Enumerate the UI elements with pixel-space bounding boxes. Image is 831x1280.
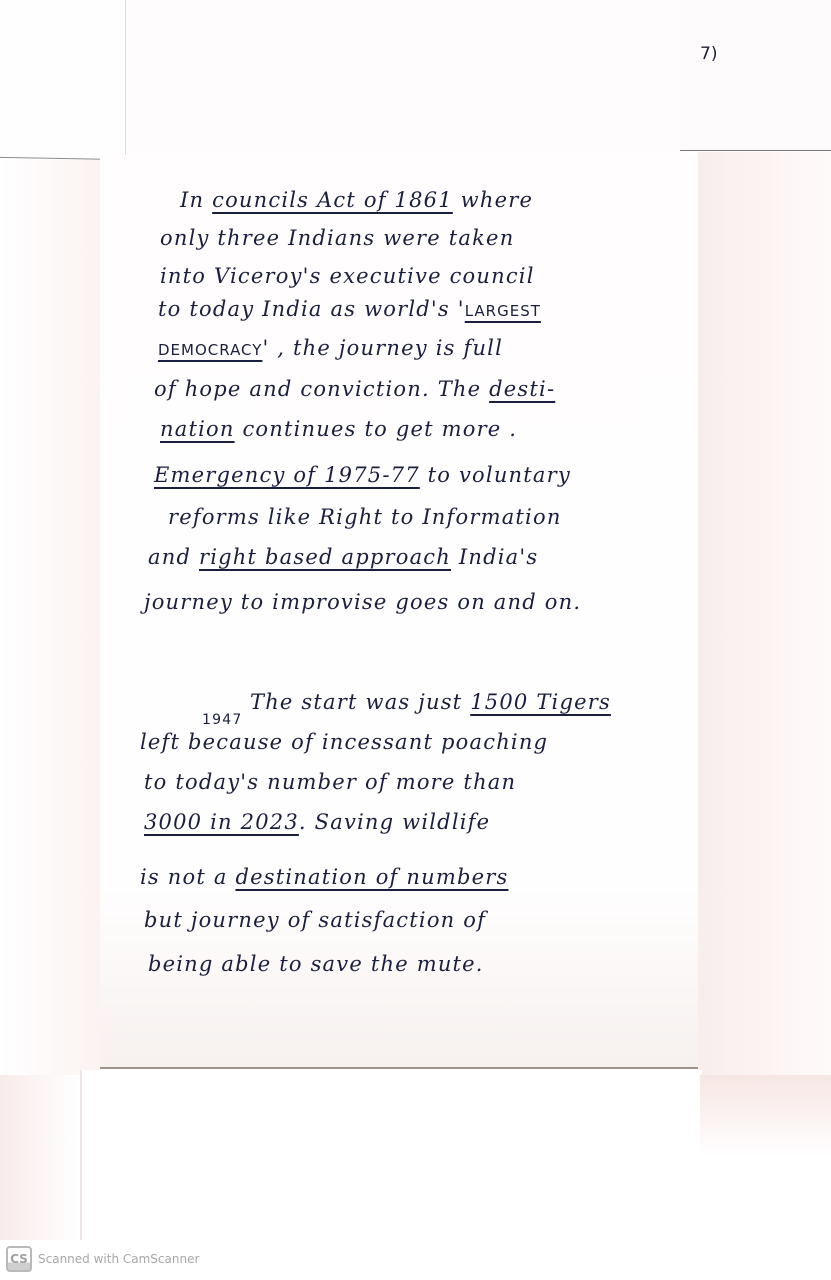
handwritten-line: but journey of satisfaction of: [144, 908, 486, 932]
paper-fold-top-left: [0, 0, 125, 160]
inserted-annotation: 1947: [202, 712, 242, 728]
handwritten-line: Emergency of 1975-77 to voluntary: [154, 463, 571, 487]
handwritten-line: is not a destination of numbers: [140, 865, 508, 889]
underlined-phrase: DEMOCRACY: [158, 341, 262, 359]
handwritten-line: 3000 in 2023. Saving wildlife: [144, 810, 490, 834]
underlined-phrase: nation: [160, 417, 235, 441]
paper-fold-bottom: [80, 1070, 702, 1240]
handwritten-line: nation continues to get more .: [160, 417, 517, 441]
text-segment: being able to save the mute.: [148, 952, 484, 976]
paper-fold-right: [698, 152, 831, 1082]
handwritten-line: and right based approach India's: [148, 545, 538, 569]
paper-fold-left: [0, 160, 100, 1075]
camscanner-watermark: CS Scanned with CamScanner: [6, 1246, 199, 1272]
paper-fold-top-right: [680, 0, 831, 151]
underlined-phrase: right based approach: [199, 545, 451, 569]
underlined-phrase: Emergency of 1975-77: [154, 463, 420, 487]
underlined-phrase: 3000 in 2023: [144, 810, 299, 834]
text-segment: . Saving wildlife: [299, 810, 490, 834]
text-segment: to today India as world's ': [158, 297, 465, 321]
text-segment: ' , the journey is full: [262, 336, 503, 360]
text-segment: The start was just: [250, 690, 470, 714]
text-segment: is not a: [140, 865, 235, 889]
handwritten-line: left because of incessant poaching: [140, 730, 548, 754]
text-segment: to today's number of more than: [144, 770, 516, 794]
handwritten-line: only three Indians were taken: [160, 226, 514, 250]
handwritten-line: being able to save the mute.: [148, 952, 484, 976]
text-segment: continues to get more .: [235, 417, 518, 441]
handwritten-line: journey to improvise goes on and on.: [144, 590, 581, 614]
camscanner-logo-icon: CS: [6, 1246, 32, 1272]
handwritten-line: In councils Act of 1861 where: [180, 188, 533, 212]
handwritten-line: of hope and conviction. The desti-: [154, 377, 555, 401]
text-segment: and: [148, 545, 199, 569]
underlined-phrase: councils Act of 1861: [212, 188, 453, 212]
paper-fold-bottom-left: [0, 1075, 80, 1240]
underlined-phrase: destination of numbers: [235, 865, 508, 889]
handwritten-line: DEMOCRACY' , the journey is full: [158, 336, 503, 360]
text-segment: only three Indians were taken: [160, 226, 514, 250]
handwritten-line: to today's number of more than: [144, 770, 516, 794]
paper-fold-bottom-right: [700, 1075, 831, 1240]
text-segment: into Viceroy's executive council: [160, 264, 535, 288]
watermark-label: Scanned with CamScanner: [38, 1252, 199, 1266]
handwritten-line: reforms like Right to Information: [168, 505, 562, 529]
text-segment: left because of incessant poaching: [140, 730, 548, 754]
text-segment: where: [453, 188, 533, 212]
text-segment: but journey of satisfaction of: [144, 908, 486, 932]
text-segment: reforms like Right to Information: [168, 505, 562, 529]
text-segment: India's: [451, 545, 538, 569]
underlined-phrase: LARGEST: [465, 302, 541, 320]
paper-fold-top: [125, 0, 681, 162]
handwritten-line: to today India as world's 'LARGEST: [158, 297, 541, 321]
underlined-phrase: 1500 Tigers: [470, 690, 611, 714]
text-segment: of hope and conviction. The: [154, 377, 489, 401]
text-segment: journey to improvise goes on and on.: [144, 590, 581, 614]
handwritten-line: The start was just 1500 Tigers: [250, 690, 611, 714]
question-number: 7): [700, 44, 717, 64]
text-segment: In: [180, 188, 212, 212]
underlined-phrase: desti-: [489, 377, 555, 401]
handwritten-line: into Viceroy's executive council: [160, 264, 535, 288]
text-segment: to voluntary: [420, 463, 571, 487]
